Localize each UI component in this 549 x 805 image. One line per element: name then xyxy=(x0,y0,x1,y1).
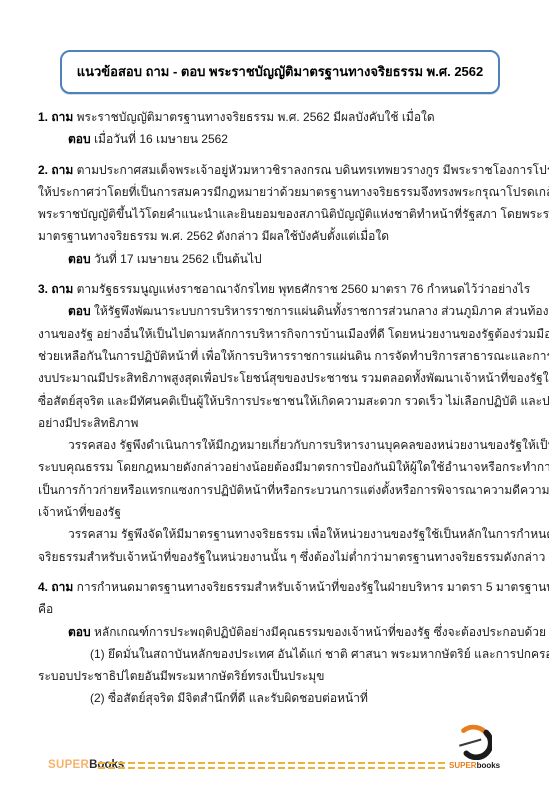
line-text: ระบบคุณธรรม โดยกฎหมายดังกล่าวอย่างน้อยต้… xyxy=(38,460,549,474)
line-text: พระราชบัญญัติขึ้นไว้โดยคำแนะนำและยินยอมข… xyxy=(38,207,549,221)
superbooks-logo-icon xyxy=(454,724,492,760)
text-line: 3. ถาม ตามรัฐธรรมนูญแห่งราชอาณาจักรไทย พ… xyxy=(38,278,526,300)
text-line: ตอบ เมื่อวันที่ 16 เมษายน 2562 xyxy=(38,128,526,150)
line-text: เจ้าหน้าที่ของรัฐ xyxy=(38,505,121,519)
footer-divider-line xyxy=(98,761,447,769)
line-text: วรรคสอง รัฐพึงดำเนินการให้มีกฎหมายเกี่ยว… xyxy=(68,438,549,452)
line-text: ช่วยเหลือกันในการปฏิบัติหน้าที่ เพื่อให้… xyxy=(38,349,549,363)
text-line: งบประมาณมีประสิทธิภาพสูงสุดเพื่อประโยชน์… xyxy=(38,367,526,389)
line-text: จริยธรรมสำหรับเจ้าหน้าที่ของรัฐในหน่วยงา… xyxy=(38,550,545,564)
superbooks-logo: SUPERbooks xyxy=(449,724,497,770)
text-line: จริยธรรมสำหรับเจ้าหน้าที่ของรัฐในหน่วยงา… xyxy=(38,546,526,568)
line-text: (1) ยึดมั่นในสถาบันหลักของประเทศ อันได้แ… xyxy=(90,647,549,661)
logo-books-label: books xyxy=(477,761,501,770)
line-bold-prefix: ตอบ xyxy=(68,625,91,639)
line-text: วรรคสาม รัฐพึงจัดให้มีมาตรฐานทางจริยธรรม… xyxy=(68,527,549,541)
line-text: ระบอบประชาธิปไตยอันมีพระมหากษัตริย์ทรงเป… xyxy=(38,669,324,683)
line-bold-prefix: ตอบ xyxy=(68,304,91,318)
text-line: ตอบ หลักเกณฑ์การประพฤติปฏิบัติอย่างมีคุณ… xyxy=(38,621,526,643)
line-bold-prefix: ตอบ xyxy=(68,132,91,146)
text-line: 2. ถาม ตามประกาศสมเด็จพระเจ้าอยู่หัวมหาว… xyxy=(38,159,526,181)
text-line: มาตรฐานทางจริยธรรม พ.ศ. 2562 ดังกล่าว มี… xyxy=(38,225,526,247)
line-bold-prefix: ตอบ xyxy=(68,252,91,266)
text-line: เป็นการก้าวก่ายหรือแทรกแซงการปฏิบัติหน้า… xyxy=(38,479,526,501)
logo-wordmark: SUPERbooks xyxy=(449,761,497,770)
text-line: 4. ถาม การกำหนดมาตรฐานทางจริยธรรมสำหรับเ… xyxy=(38,576,526,598)
text-line: วรรคสอง รัฐพึงดำเนินการให้มีกฎหมายเกี่ยว… xyxy=(38,434,526,456)
line-text: มาตรฐานทางจริยธรรม พ.ศ. 2562 ดังกล่าว มี… xyxy=(38,229,389,243)
text-line: ให้ประกาศว่าโดยที่เป็นการสมควรมีกฎหมายว่… xyxy=(38,181,526,203)
line-text: เป็นการก้าวก่ายหรือแทรกแซงการปฏิบัติหน้า… xyxy=(38,483,549,497)
text-line: อย่างมีประสิทธิภาพ xyxy=(38,412,526,434)
line-text: ให้ประกาศว่าโดยที่เป็นการสมควรมีกฎหมายว่… xyxy=(38,185,549,199)
text-line: ช่วยเหลือกันในการปฏิบัติหน้าที่ เพื่อให้… xyxy=(38,345,526,367)
line-bold-prefix: 2. ถาม xyxy=(38,163,73,177)
line-text: การกำหนดมาตรฐานทางจริยธรรมสำหรับเจ้าหน้า… xyxy=(73,580,549,594)
line-text: หลักเกณฑ์การประพฤติปฏิบัติอย่างมีคุณธรรม… xyxy=(91,625,546,639)
line-text: งานของรัฐ อย่างอื่นให้เป็นไปตามหลักการบร… xyxy=(38,327,549,341)
text-line: พระราชบัญญัติขึ้นไว้โดยคำแนะนำและยินยอมข… xyxy=(38,203,526,225)
page-title: แนวข้อสอบ ถาม - ตอบ พระราชบัญญัติมาตรฐาน… xyxy=(69,64,492,80)
line-text: เมื่อวันที่ 16 เมษายน 2562 xyxy=(91,132,228,146)
title-box: แนวข้อสอบ ถาม - ตอบ พระราชบัญญัติมาตรฐาน… xyxy=(60,50,500,94)
page-footer: SUPERBooks SUPERbooks xyxy=(0,722,549,782)
line-text: (2) ซื่อสัตย์สุจริต มีจิตสำนึกที่ดี และร… xyxy=(90,691,368,705)
line-bold-prefix: 1. ถาม xyxy=(38,110,73,124)
text-line: (1) ยึดมั่นในสถาบันหลักของประเทศ อันได้แ… xyxy=(38,643,526,665)
line-bold-prefix: 4. ถาม xyxy=(38,580,73,594)
line-text: คือ xyxy=(38,602,53,616)
text-line: ระบอบประชาธิปไตยอันมีพระมหากษัตริย์ทรงเป… xyxy=(38,665,526,687)
line-text: อย่างมีประสิทธิภาพ xyxy=(38,416,138,430)
text-line: งานของรัฐ อย่างอื่นให้เป็นไปตามหลักการบร… xyxy=(38,323,526,345)
text-line: ซื่อสัตย์สุจริต และมีทัศนคติเป็นผู้ให้บร… xyxy=(38,390,526,412)
line-text: ตามประกาศสมเด็จพระเจ้าอยู่หัวมหาวชิราลงก… xyxy=(73,163,549,177)
line-text: ซื่อสัตย์สุจริต และมีทัศนคติเป็นผู้ให้บร… xyxy=(38,394,549,408)
line-text: ให้รัฐพึงพัฒนาระบบการบริหารราชการแผ่นดิน… xyxy=(91,304,549,318)
text-line: ตอบ วันที่ 17 เมษายน 2562 เป็นต้นไป xyxy=(38,248,526,270)
brand-super-label: SUPER xyxy=(48,759,89,771)
line-text: พระราชบัญญัติมาตรฐานทางจริยธรรม พ.ศ. 256… xyxy=(73,110,434,124)
text-line: คือ xyxy=(38,598,526,620)
document-body: 1. ถาม พระราชบัญญัติมาตรฐานทางจริยธรรม พ… xyxy=(38,106,526,710)
line-bold-prefix: 3. ถาม xyxy=(38,282,73,296)
document-page: แนวข้อสอบ ถาม - ตอบ พระราชบัญญัติมาตรฐาน… xyxy=(0,0,549,805)
text-line: ตอบ ให้รัฐพึงพัฒนาระบบการบริหารราชการแผ่… xyxy=(38,300,526,322)
line-text: งบประมาณมีประสิทธิภาพสูงสุดเพื่อประโยชน์… xyxy=(38,371,549,385)
text-line: เจ้าหน้าที่ของรัฐ xyxy=(38,501,526,523)
text-line: ระบบคุณธรรม โดยกฎหมายดังกล่าวอย่างน้อยต้… xyxy=(38,456,526,478)
line-text: วันที่ 17 เมษายน 2562 เป็นต้นไป xyxy=(91,252,262,266)
line-text: ตามรัฐธรรมนูญแห่งราชอาณาจักรไทย พุทธศักร… xyxy=(73,282,530,296)
text-line: (2) ซื่อสัตย์สุจริต มีจิตสำนึกที่ดี และร… xyxy=(38,687,526,709)
text-line: 1. ถาม พระราชบัญญัติมาตรฐานทางจริยธรรม พ… xyxy=(38,106,526,128)
text-line: วรรคสาม รัฐพึงจัดให้มีมาตรฐานทางจริยธรรม… xyxy=(38,523,526,545)
logo-super-label: SUPER xyxy=(449,761,477,770)
